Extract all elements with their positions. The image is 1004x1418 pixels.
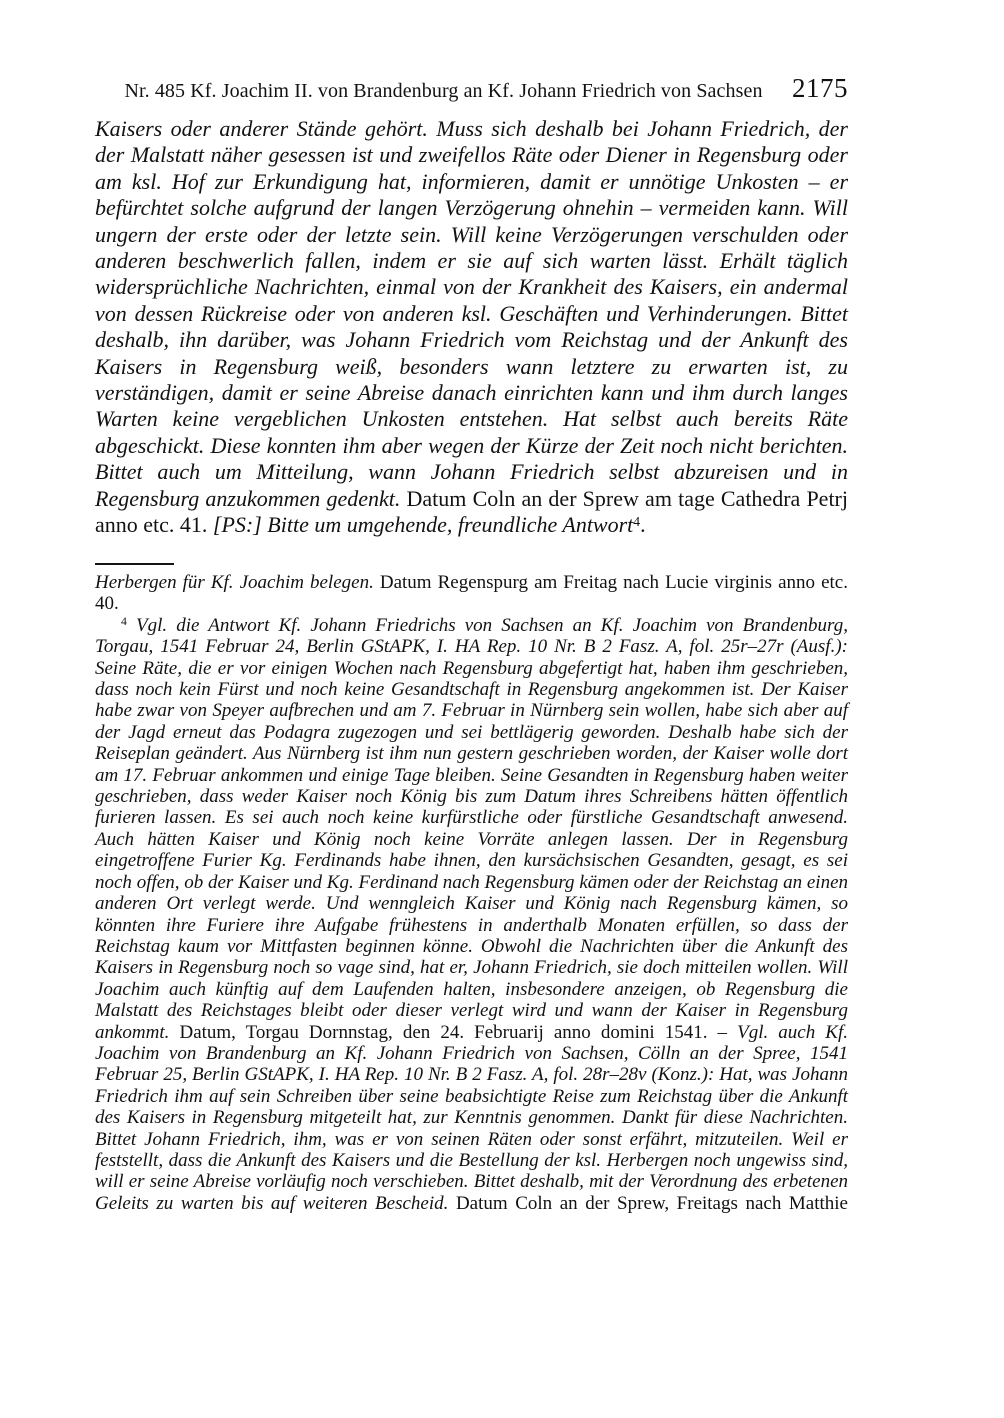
text-run-i: Kaisers oder anderer Stände gehört. Muss… [95, 116, 848, 511]
footnote-continuation: Herbergen für Kf. Joachim belegen. Datum… [95, 572, 848, 615]
text-run-i: Vgl. auch Kf. Joachim von Brandenburg an… [95, 1022, 848, 1214]
footnote-4: 4 Vgl. die Antwort Kf. Johann Friedrichs… [95, 615, 848, 1214]
footnote-separator-rule [95, 563, 174, 565]
text-run-i: [PS:] Bitte um umgehende, freundliche An… [213, 512, 633, 537]
text-run-r: . [640, 512, 646, 537]
text-run-r: Datum Coln an der Sprew, Freitags nach M… [456, 1193, 848, 1214]
footnote-area: Herbergen für Kf. Joachim belegen. Datum… [95, 563, 848, 1214]
book-page: Nr. 485 Kf. Joachim II. von Brandenburg … [0, 0, 1004, 1418]
running-head-title: Nr. 485 Kf. Joachim II. von Brandenburg … [95, 78, 848, 104]
summary-paragraph: Kaisers oder anderer Stände gehört. Muss… [95, 116, 848, 539]
text-run-i: Herbergen für Kf. Joachim belegen. [95, 572, 380, 593]
text-run-sup: 4 [633, 514, 640, 529]
text-run-r: Datum, Torgau Dornnstag, den 24. Februar… [179, 1022, 737, 1043]
text-run-i: Vgl. die Antwort Kf. Johann Friedrichs v… [95, 615, 848, 1043]
text-run-sup: 4 [121, 615, 127, 628]
running-head: Nr. 485 Kf. Joachim II. von Brandenburg … [95, 78, 848, 108]
page-number: 2175 [792, 73, 848, 103]
